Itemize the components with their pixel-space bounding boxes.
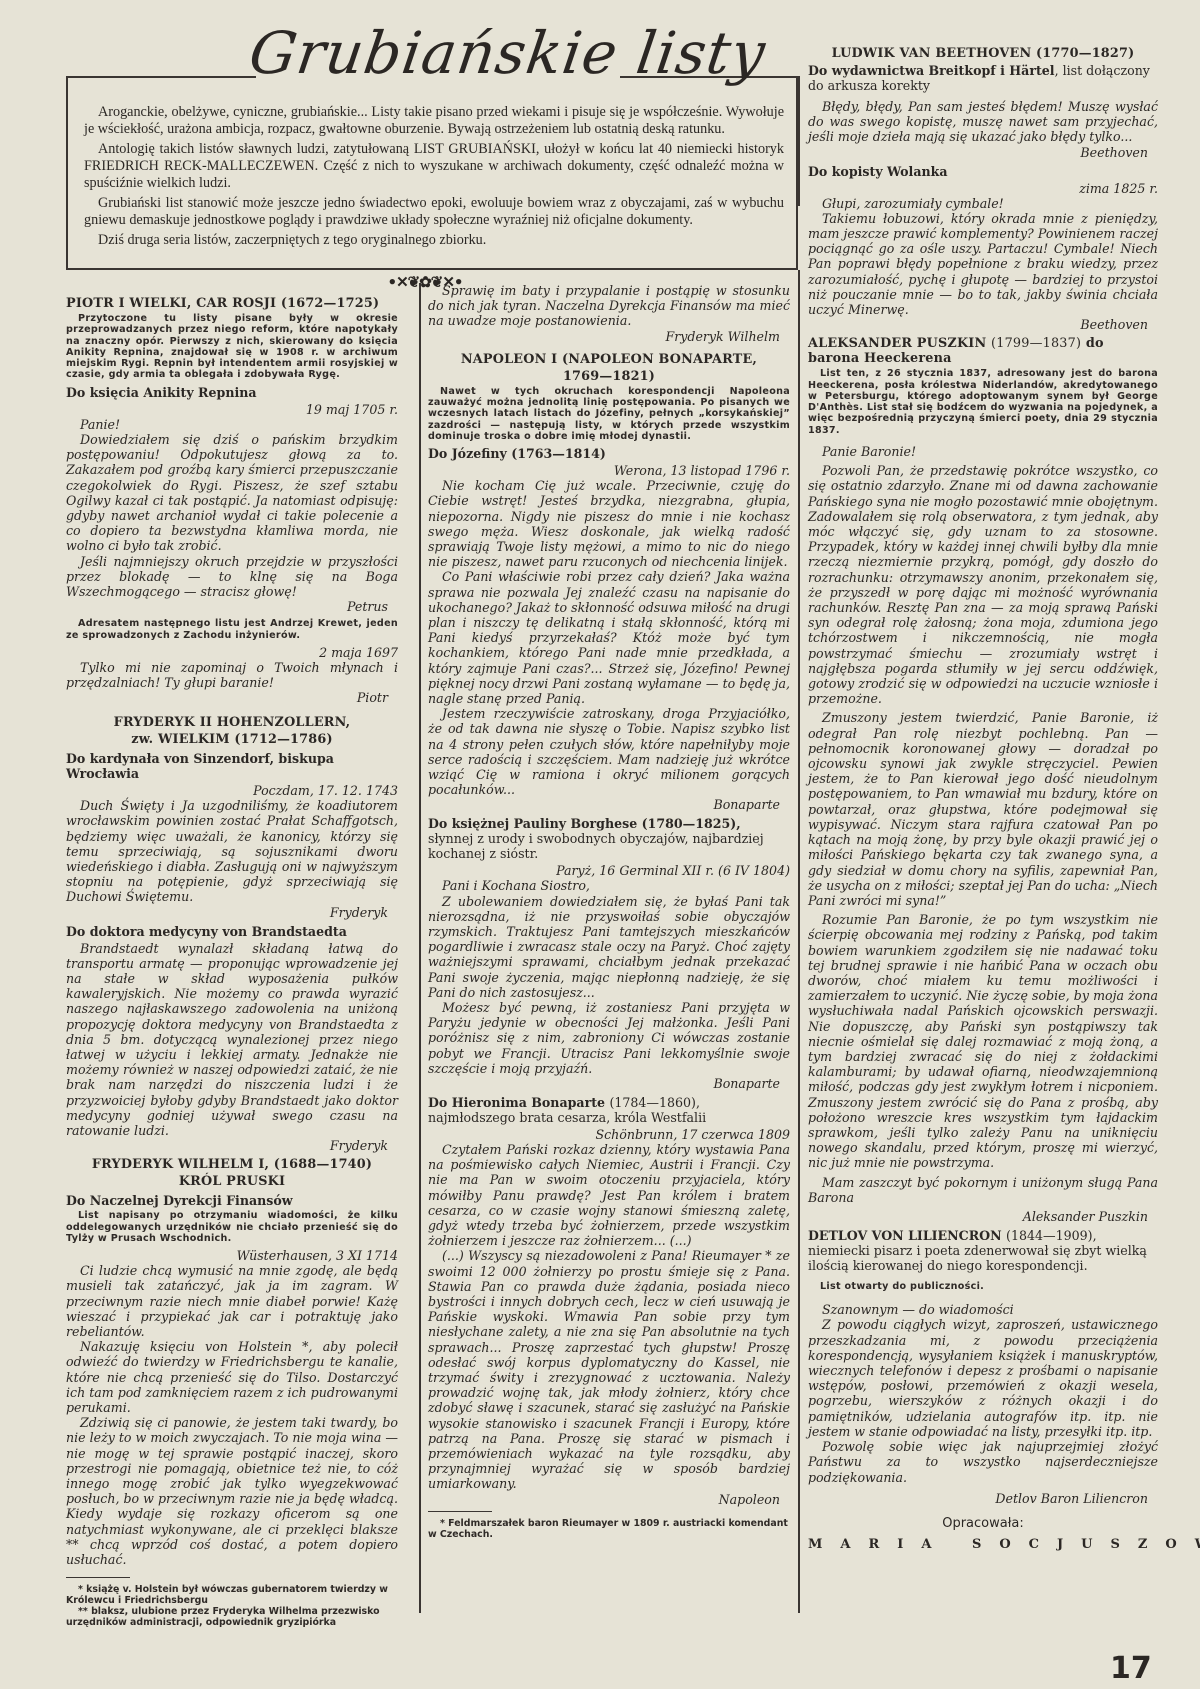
page-number: 17	[1110, 1652, 1152, 1686]
editor-note: List napisany po otrzymaniu wiadomości, …	[66, 1210, 398, 1244]
addressee-name: Do wydawnictwa Breitkopf i Härtel	[808, 63, 1055, 78]
letter-paragraph: Jestem rzeczywiście zatroskany, droga Pr…	[428, 706, 790, 797]
letter-paragraph: Jeśli najmniejszy okruch przejdzie w prz…	[66, 554, 398, 600]
letter-date: Wüsterhausen, 3 XI 1714	[66, 1248, 398, 1263]
letter-paragraph: Głupi, zarozumiały cymbale!	[808, 196, 1158, 211]
left-column: PIOTR I WIELKI, CAR ROSJI (1672—1725) Pr…	[66, 296, 398, 1628]
letter-paragraph: Sprawię im baty i przypalanie i postąpię…	[428, 283, 790, 329]
letter-paragraph: Szanownym — do wiadomości	[808, 1302, 1158, 1317]
letter-signature: Bonaparte	[428, 1076, 780, 1091]
letter-paragraph: Z ubolewaniem dowiedziałem się, że byłaś…	[428, 894, 790, 1000]
article-title: Grubiańskie listy	[245, 18, 770, 88]
letter-paragraph: Błędy, błędy, Pan sam jesteś błędem! Mus…	[808, 99, 1158, 145]
letter-paragraph: Dowiedziałem się dziś o pańskim brzydkim…	[66, 432, 398, 554]
letter-paragraph: Panie!	[66, 417, 398, 432]
column-rule-right-top	[798, 76, 800, 206]
editor-note: List otwarty do publiczności.	[808, 1281, 1158, 1292]
letter-signature: Piotr	[66, 690, 388, 705]
footnote: * Feldmarszałek baron Rieumayer w 1809 r…	[428, 1518, 790, 1540]
letter-paragraph: Pozwolę sobie więc jak najuprzejmiej zło…	[808, 1439, 1158, 1485]
letter-paragraph: (...) Wszyscy są niezadowoleni z Pana! R…	[428, 1248, 790, 1491]
letter-signature: Bonaparte	[428, 797, 780, 812]
intro-paragraph: Aroganckie, obelżywe, cyniczne, grubiańs…	[84, 104, 784, 138]
footnote-rule	[428, 1511, 492, 1512]
letter-paragraph: Duch Święty i Ja uzgodniliśmy, że koadiu…	[66, 798, 398, 904]
letter-signature: Petrus	[66, 599, 388, 614]
letter-paragraph: Pani i Kochana Siostro,	[428, 878, 790, 893]
letter-addressee: Do wydawnictwa Breitkopf i Härtel, list …	[808, 63, 1158, 93]
intro-paragraph: Dziś druga seria listów, zaczerpniętych …	[84, 232, 784, 249]
letter-paragraph: Zmuszony jestem twierdzić, Panie Baronie…	[808, 710, 1158, 908]
letter-paragraph: Z powodu ciągłych wizyt, zaproszeń, usta…	[808, 1317, 1158, 1439]
letter-addressee: Do kardynała von Sinzendorf, biskupa Wro…	[66, 751, 398, 781]
section-heading-fryderyk-wilhelm-line2: KRÓL PRUSKI	[66, 1174, 398, 1189]
column-rule-left	[419, 283, 421, 1613]
letter-signature: Fryderyk	[66, 1138, 388, 1153]
letter-addressee: Do księżnej Pauliny Borghese (1780—1825)…	[428, 816, 790, 861]
letter-date: Poczdam, 17. 12. 1743	[66, 783, 398, 798]
column-rule-right	[798, 270, 800, 1613]
editor-note: Nawet w tych okruchach korespondencji Na…	[428, 386, 790, 442]
section-heading-puszkin: ALEKSANDER PUSZKIN (1799—1837) do barona…	[808, 336, 1158, 366]
letter-date: zima 1825 r.	[808, 181, 1158, 196]
letter-addressee: Do kopisty Wolanka	[808, 164, 1158, 179]
right-column: LUDWIK VAN BEETHOVEN (1770—1827) Do wyda…	[808, 46, 1158, 1552]
letter-signature: Fryderyk Wilhelm	[428, 329, 780, 344]
section-heading-napoleon: NAPOLEON I (NAPOLEON BONAPARTE,	[428, 352, 790, 367]
letter-paragraph: Czytałem Pański rozkaz dzienny, który wy…	[428, 1142, 790, 1248]
section-heading-piotr: PIOTR I WIELKI, CAR ROSJI (1672—1725)	[66, 296, 398, 311]
addressee-name: Do księżnej Pauliny Borghese (1780—1825)…	[428, 816, 741, 831]
letter-addressee: Do Naczelnej Dyrekcji Finansów	[66, 1193, 398, 1208]
middle-column: Sprawię im baty i przypalanie i postąpię…	[428, 283, 790, 1540]
letter-date: 19 maj 1705 r.	[66, 402, 398, 417]
letter-paragraph: Mam zaszczyt być pokornym i uniżonym słu…	[808, 1175, 1158, 1205]
footnote: * książę v. Holstein był wówczas guberna…	[66, 1584, 398, 1606]
person-name: DETLOV VON LILIENCRON	[808, 1228, 1002, 1243]
letter-paragraph: Zdziwią się ci panowie, że jestem taki t…	[66, 1415, 398, 1567]
letter-date: 2 maja 1697	[66, 645, 398, 660]
letter-paragraph: Nie kocham Cię już wcale. Przeciwnie, cz…	[428, 478, 790, 569]
letter-date: Paryż, 16 Germinal XII r. (6 IV 1804)	[428, 863, 790, 878]
letter-paragraph: Nakazuję księciu von Holstein *, aby pol…	[66, 1339, 398, 1415]
editor-note: Przytoczone tu listy pisane były w okres…	[66, 313, 398, 381]
letter-paragraph: Brandstaedt wynalazł składaną łatwą do t…	[66, 941, 398, 1139]
letter-signature: Beethoven	[808, 317, 1148, 332]
addressee-name: Do Hieronima Bonaparte	[428, 1095, 605, 1110]
letter-addressee: Do Hieronima Bonaparte (1784—1860), najm…	[428, 1095, 790, 1125]
section-heading-beethoven: LUDWIK VAN BEETHOVEN (1770—1827)	[808, 46, 1158, 61]
section-heading-liliencron: DETLOV VON LILIENCRON (1844—1909), niemi…	[808, 1228, 1158, 1273]
credit-author: MARIA SOCJUSZOWA	[808, 1537, 1158, 1552]
letter-signature: Napoleon	[428, 1492, 780, 1507]
letter-paragraph: Panie Baronie!	[808, 444, 1158, 459]
letter-addressee: Do księcia Anikity Repnina	[66, 385, 398, 400]
letter-paragraph: Takiemu łobuzowi, który okrada mnie z pi…	[808, 211, 1158, 317]
person-name: ALEKSANDER PUSZKIN	[808, 336, 986, 351]
section-heading-napoleon-line2: 1769—1821)	[428, 369, 790, 384]
letter-paragraph: Tylko mi nie zapominaj o Twoich młynach …	[66, 660, 398, 690]
letter-paragraph: Co Pani właściwie robi przez cały dzień?…	[428, 569, 790, 706]
intro-paragraph: Grubiański list stanowić może jeszcze je…	[84, 195, 784, 229]
intro-paragraph: Antologię takich listów sławnych ludzi, …	[84, 141, 784, 192]
letter-paragraph: Możesz być pewną, iż zostaniesz Pani prz…	[428, 1000, 790, 1076]
letter-paragraph: Ci ludzie chcą wymusić na mnie zgodę, al…	[66, 1263, 398, 1339]
credit-label: Opracowała:	[808, 1516, 1158, 1531]
footnote: ** blaksz, ulubione przez Fryderyka Wilh…	[66, 1606, 398, 1628]
letter-signature: Aleksander Puszkin	[808, 1209, 1148, 1224]
letter-addressee: Do Józefiny (1763—1814)	[428, 446, 790, 461]
letter-paragraph: Pozwoli Pan, że przedstawię pokrótce wsz…	[808, 463, 1158, 706]
footnote-rule	[66, 1577, 130, 1578]
section-heading-fryderyk-wilhelm: FRYDERYK WILHELM I, (1688—1740)	[66, 1157, 398, 1172]
letter-signature: Fryderyk	[66, 905, 388, 920]
section-heading-fryderyk-ii-line2: zw. WIELKIM (1712—1786)	[66, 732, 398, 747]
letter-paragraph: Rozumie Pan Baronie, że po tym wszystkim…	[808, 912, 1158, 1170]
letter-date: Werona, 13 listopad 1796 r.	[428, 463, 790, 478]
intro-text: Aroganckie, obelżywe, cyniczne, grubiańs…	[84, 104, 784, 252]
section-heading-fryderyk-ii: FRYDERYK II HOHENZOLLERN,	[66, 715, 398, 730]
letter-addressee: Do doktora medycyny von Brandstaedta	[66, 924, 398, 939]
magazine-page: Grubiańskie listy Aroganckie, obelżywe, …	[0, 0, 1200, 1689]
letter-signature: Detlov Baron Liliencron	[808, 1491, 1148, 1506]
editor-note: Adresatem następnego listu jest Andrzej …	[66, 618, 398, 641]
letter-signature: Beethoven	[808, 145, 1148, 160]
addressee-description: słynnej z urody i swobodnych obyczajów, …	[428, 831, 764, 861]
editor-note: List ten, z 26 stycznia 1837, adresowany…	[808, 368, 1158, 436]
person-years: (1799—1837)	[991, 336, 1081, 351]
letter-date: Schönbrunn, 17 czerwca 1809	[428, 1127, 790, 1142]
